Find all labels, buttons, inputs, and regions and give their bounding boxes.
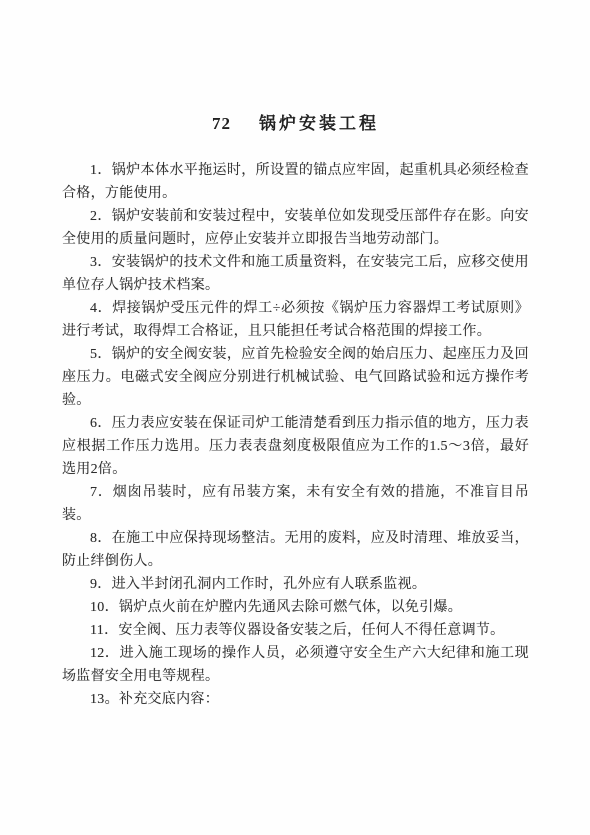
clause-9: 9．进入半封闭孔洞内工作时，孔外应有人联系监视。 — [62, 573, 529, 596]
clause-5: 5．锅炉的安全阀安装，应首先检验安全阀的始启压力、起座压力及回座压力。电磁式安全… — [62, 343, 529, 412]
clause-4: 4．焊接锅炉受压元件的焊工÷必须按《锅炉压力容器焊工考试原则》进行考试，取得焊工… — [62, 297, 529, 343]
page-title: 72 锅炉安装工程 — [62, 112, 529, 136]
section-title: 锅炉安装工程 — [259, 112, 379, 136]
clause-13: 13。补充交底内容： — [62, 688, 529, 711]
clause-7: 7．烟囱吊装时，应有吊装方案，未有安全有效的措施，不准盲目吊装。 — [62, 481, 529, 527]
clause-3: 3．安装锅炉的技术文件和施工质量资料，在安装完工后，应移交使用单位存人锅炉技术档… — [62, 251, 529, 297]
clause-2: 2．锅炉安装前和安装过程中，安装单位如发现受压部件存在影。向安全使用的质量问题时… — [62, 205, 529, 251]
clause-12: 12．进入施工现场的操作人员，必须遵守安全生产六大纪律和施工现场监督安全用电等规… — [62, 642, 529, 688]
clause-11: 11．安全阀、压力表等仪器设备安装之后，任何人不得任意调节。 — [62, 619, 529, 642]
clause-6: 6．压力表应安装在保证司炉工能清楚看到压力指示值的地方，压力表应根据工作压力选用… — [62, 412, 529, 481]
document-body: 1．锅炉本体水平拖运时，所设置的锚点应牢固，起重机具必须经检查合格，方能使用。 … — [62, 159, 529, 711]
clause-10: 10．锅炉点火前在炉膛内先通风去除可燃气体，以免引爆。 — [62, 596, 529, 619]
document-page: 72 锅炉安装工程 1．锅炉本体水平拖运时，所设置的锚点应牢固，起重机具必须经检… — [0, 0, 590, 835]
section-number: 72 — [212, 112, 231, 136]
clause-1: 1．锅炉本体水平拖运时，所设置的锚点应牢固，起重机具必须经检查合格，方能使用。 — [62, 159, 529, 205]
clause-8: 8．在施工中应保持现场整洁。无用的废料，应及时清理、堆放妥当，防止绊倒伤人。 — [62, 527, 529, 573]
